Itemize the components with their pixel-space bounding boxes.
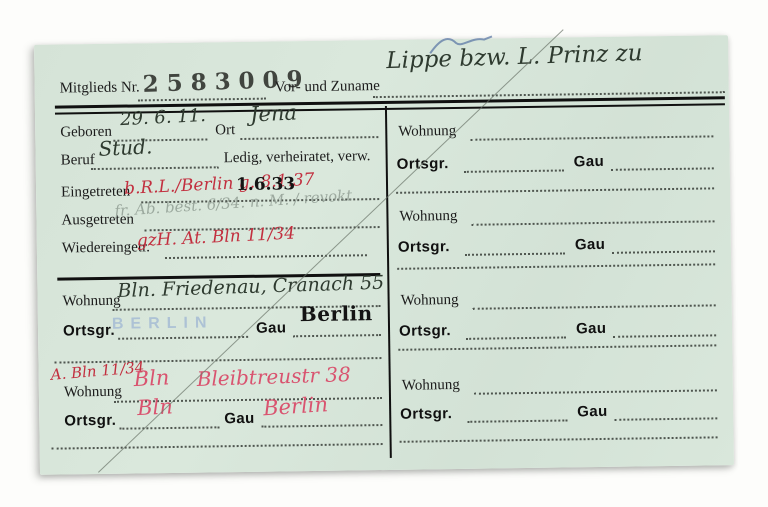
r3-ortsgr-label: Ortsgr. — [399, 322, 451, 340]
r4-gau-line — [614, 417, 717, 420]
r1-separator — [396, 187, 714, 193]
ort-label: Ort — [215, 122, 235, 139]
geboren-value: 29. 6. 11. — [120, 105, 207, 130]
wiedereingetr-note-red: gzH. At. Bln 11/34 — [136, 223, 295, 251]
r3-wohnung-label: Wohnung — [401, 292, 459, 310]
center-divider — [385, 106, 392, 458]
ortsgr1-berlin-stamp: BERLIN — [112, 314, 214, 333]
r2-wohnung-line — [472, 220, 715, 225]
wohnung2-prefix: Bln — [133, 365, 170, 391]
r2-gau-line — [612, 250, 715, 253]
ortsgr1-label: Ortsgr. — [63, 322, 115, 340]
ortsgr1-line — [118, 336, 248, 340]
name-label: Vor- und Zuname — [275, 78, 380, 96]
r1-gau-line — [611, 167, 714, 170]
r3-separator — [398, 344, 716, 350]
name-value: Lippe bzw. L. Prinz zu — [386, 40, 643, 74]
member-no-line — [138, 98, 266, 102]
r2-gau-label: Gau — [575, 236, 606, 253]
r1-gau-label: Gau — [574, 153, 605, 170]
gau2-label: Gau — [224, 410, 255, 427]
r1-wohnung-line — [470, 135, 713, 140]
member-no-label: Mitglieds Nr. — [60, 79, 140, 97]
beruf-line — [91, 166, 219, 170]
wiedereingetr-line — [165, 254, 367, 259]
r3-gau-label: Gau — [576, 320, 607, 337]
r2-ortsgr-label: Ortsgr. — [398, 238, 450, 256]
r3-wohnung-line — [473, 304, 716, 309]
ortsgr2-label: Ortsgr. — [64, 412, 116, 430]
r4-wohnung-label: Wohnung — [402, 377, 460, 395]
ort-value: Jena — [249, 100, 297, 126]
marital-label: Ledig, verheiratet, verw. — [224, 148, 371, 167]
r2-wohnung-label: Wohnung — [399, 208, 457, 226]
eingetreten-label: Eingetreten — [61, 184, 130, 202]
blue-pencil-mark-icon — [426, 30, 498, 59]
wohnung2-label: Wohnung — [64, 384, 122, 402]
r3-ortsgr-line — [466, 336, 566, 339]
gau1-line — [293, 334, 381, 337]
r1-ortsgr-line — [464, 169, 564, 172]
r2-separator — [397, 263, 715, 269]
ort-line — [240, 136, 378, 140]
beruf-label: Beruf — [61, 152, 95, 169]
gau2-value: Berlin — [262, 392, 328, 420]
ortsgr2-line — [119, 426, 219, 429]
membership-card: Mitglieds Nr. 2583009 Vor- und Zuname Li… — [34, 35, 734, 475]
r4-separator — [400, 436, 718, 442]
r4-gau-label: Gau — [577, 403, 608, 420]
left-bottom-line — [52, 443, 383, 450]
r4-ortsgr-label: Ortsgr. — [400, 405, 452, 423]
r4-wohnung-line — [474, 389, 717, 394]
r2-ortsgr-line — [465, 252, 565, 255]
gau1-label: Gau — [256, 319, 287, 336]
beruf-value: Stud. — [98, 134, 153, 161]
wohnung2-value: Bleibtreustr 38 — [196, 362, 351, 391]
r3-gau-line — [613, 334, 716, 337]
wohnung1-city-stamp: Berlin — [300, 301, 373, 326]
r4-ortsgr-line — [467, 419, 567, 422]
gau2-line — [261, 424, 382, 428]
